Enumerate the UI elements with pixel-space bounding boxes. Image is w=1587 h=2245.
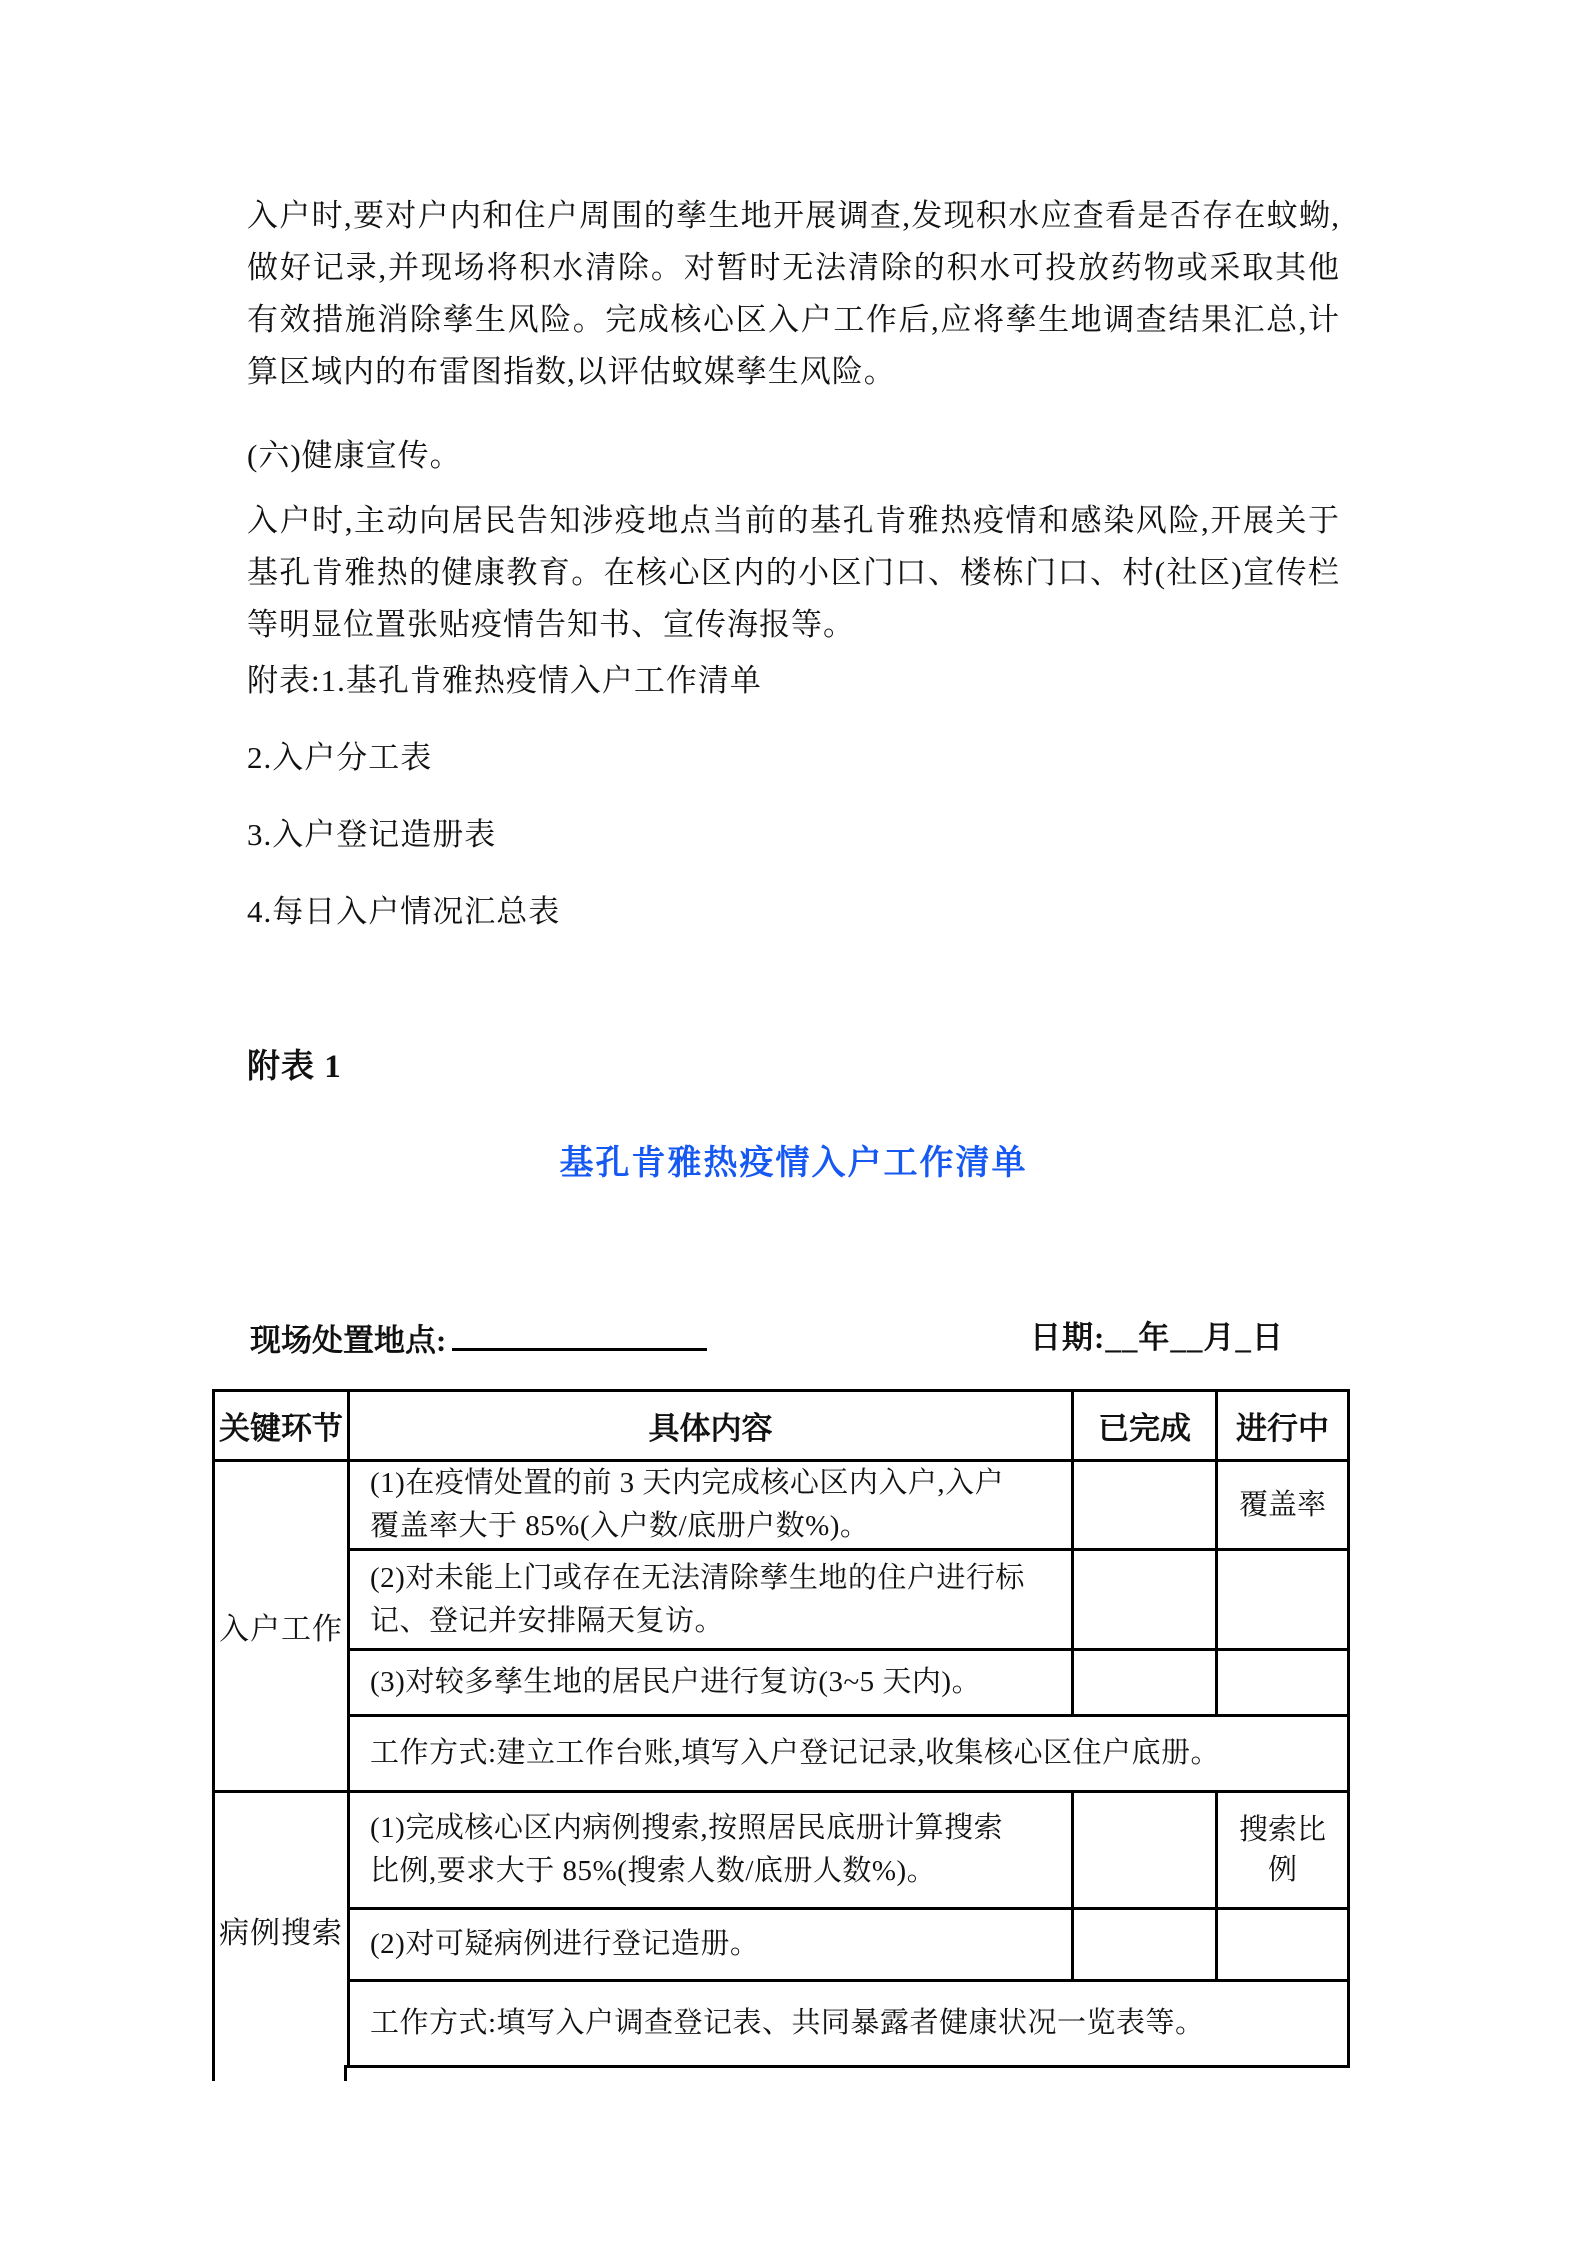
inprogress-cell [1217,1550,1349,1650]
annex-1-label: 附表 1 [247,1040,1340,1087]
page-break-border-left [212,2065,215,2081]
completed-cell [1073,1550,1217,1650]
completed-cell [1073,1792,1217,1909]
table-row: (2)对可疑病例进行登记造册。 [214,1909,1349,1981]
completed-cell [1073,1650,1217,1716]
attachment-list-intro: 附表:1.基孔肯雅热疫情入户工作清单 [247,655,1340,707]
form-header-line: 现场处置地点: 日期:__年__月_日 [0,1312,1587,1362]
completed-cell [1073,1461,1217,1550]
site-location-label: 现场处置地点: [250,1323,446,1358]
task-cell: (2)对未能上门或存在无法清除孳生地的住户进行标记、登记并安排隔天复访。 [349,1550,1073,1650]
site-location-field: 现场处置地点: [250,1312,707,1360]
paragraph-health-education: 入户时,主动向居民告知涉疫地点当前的基孔肯雅热疫情和感染风险,开展关于基孔肯雅热… [247,495,1340,651]
table-row-method: 工作方式:建立工作台账,填写入户登记记录,收集核心区住户底册。 [214,1716,1349,1792]
table-row-method: 工作方式:填写入户调查登记表、共同暴露者健康状况一览表等。 [214,1981,1349,2067]
annex-title: 基孔肯雅热疫情入户工作清单 [0,1135,1587,1184]
inprogress-cell: 覆盖率 [1217,1461,1349,1550]
table-row: (3)对较多孳生地的居民户进行复访(3~5 天内)。 [214,1650,1349,1716]
table-row: (2)对未能上门或存在无法清除孳生地的住户进行标记、登记并安排隔天复访。 [214,1550,1349,1650]
worksheet-table: 关键环节 具体内容 已完成 进行中 入户工作 (1)在疫情处置的前 3 天内完成… [212,1389,1350,2068]
worksheet-table-wrap: 关键环节 具体内容 已完成 进行中 入户工作 (1)在疫情处置的前 3 天内完成… [212,1389,1350,2068]
date-label: 日期: [1030,1320,1105,1355]
col-header-inprogress: 进行中 [1217,1391,1349,1461]
inprogress-cell [1217,1909,1349,1981]
task-cell: (1)在疫情处置的前 3 天内完成核心区内入户,入户覆盖率大于 85%(入户数/… [349,1461,1073,1550]
method-cell: 工作方式:填写入户调查登记表、共同暴露者健康状况一览表等。 [349,1981,1349,2067]
table-header-row: 关键环节 具体内容 已完成 进行中 [214,1391,1349,1461]
site-location-blank [452,1312,707,1351]
page-break-border-divider [344,2065,347,2081]
col-header-key-step: 关键环节 [214,1391,349,1461]
section-heading-health-education: (六)健康宣传。 [247,430,1340,482]
col-header-completed: 已完成 [1073,1391,1217,1461]
date-field: 日期:__年__月_日 [1030,1312,1284,1357]
attachment-list-item-4: 4.每日入户情况汇总表 [247,886,1340,938]
method-cell: 工作方式:建立工作台账,填写入户登记记录,收集核心区住户底册。 [349,1716,1349,1792]
attachment-list-item-2: 2.入户分工表 [247,732,1340,784]
col-header-details: 具体内容 [349,1391,1073,1461]
completed-cell [1073,1909,1217,1981]
date-blanks: __年__月_日 [1105,1320,1284,1355]
inprogress-cell: 搜索比例 [1217,1792,1349,1909]
task-cell: (2)对可疑病例进行登记造册。 [349,1909,1073,1981]
table-row: 病例搜索 (1)完成核心区内病例搜索,按照居民底册计算搜索比例,要求大于 85%… [214,1792,1349,1909]
category-case-search: 病例搜索 [214,1792,349,2067]
task-cell: (3)对较多孳生地的居民户进行复访(3~5 天内)。 [349,1650,1073,1716]
paragraph-larvae-survey: 入户时,要对户内和住户周围的孳生地开展调查,发现积水应查看是否存在蚊蚴,做好记录… [247,190,1340,398]
inprogress-cell [1217,1650,1349,1716]
attachment-list-item-3: 3.入户登记造册表 [247,809,1340,861]
category-household-visits: 入户工作 [214,1461,349,1792]
table-row: 入户工作 (1)在疫情处置的前 3 天内完成核心区内入户,入户覆盖率大于 85%… [214,1461,1349,1550]
document-page: 入户时,要对户内和住户周围的孳生地开展调查,发现积水应查看是否存在蚊蚴,做好记录… [0,0,1587,2245]
task-cell: (1)完成核心区内病例搜索,按照居民底册计算搜索比例,要求大于 85%(搜索人数… [349,1792,1073,1909]
